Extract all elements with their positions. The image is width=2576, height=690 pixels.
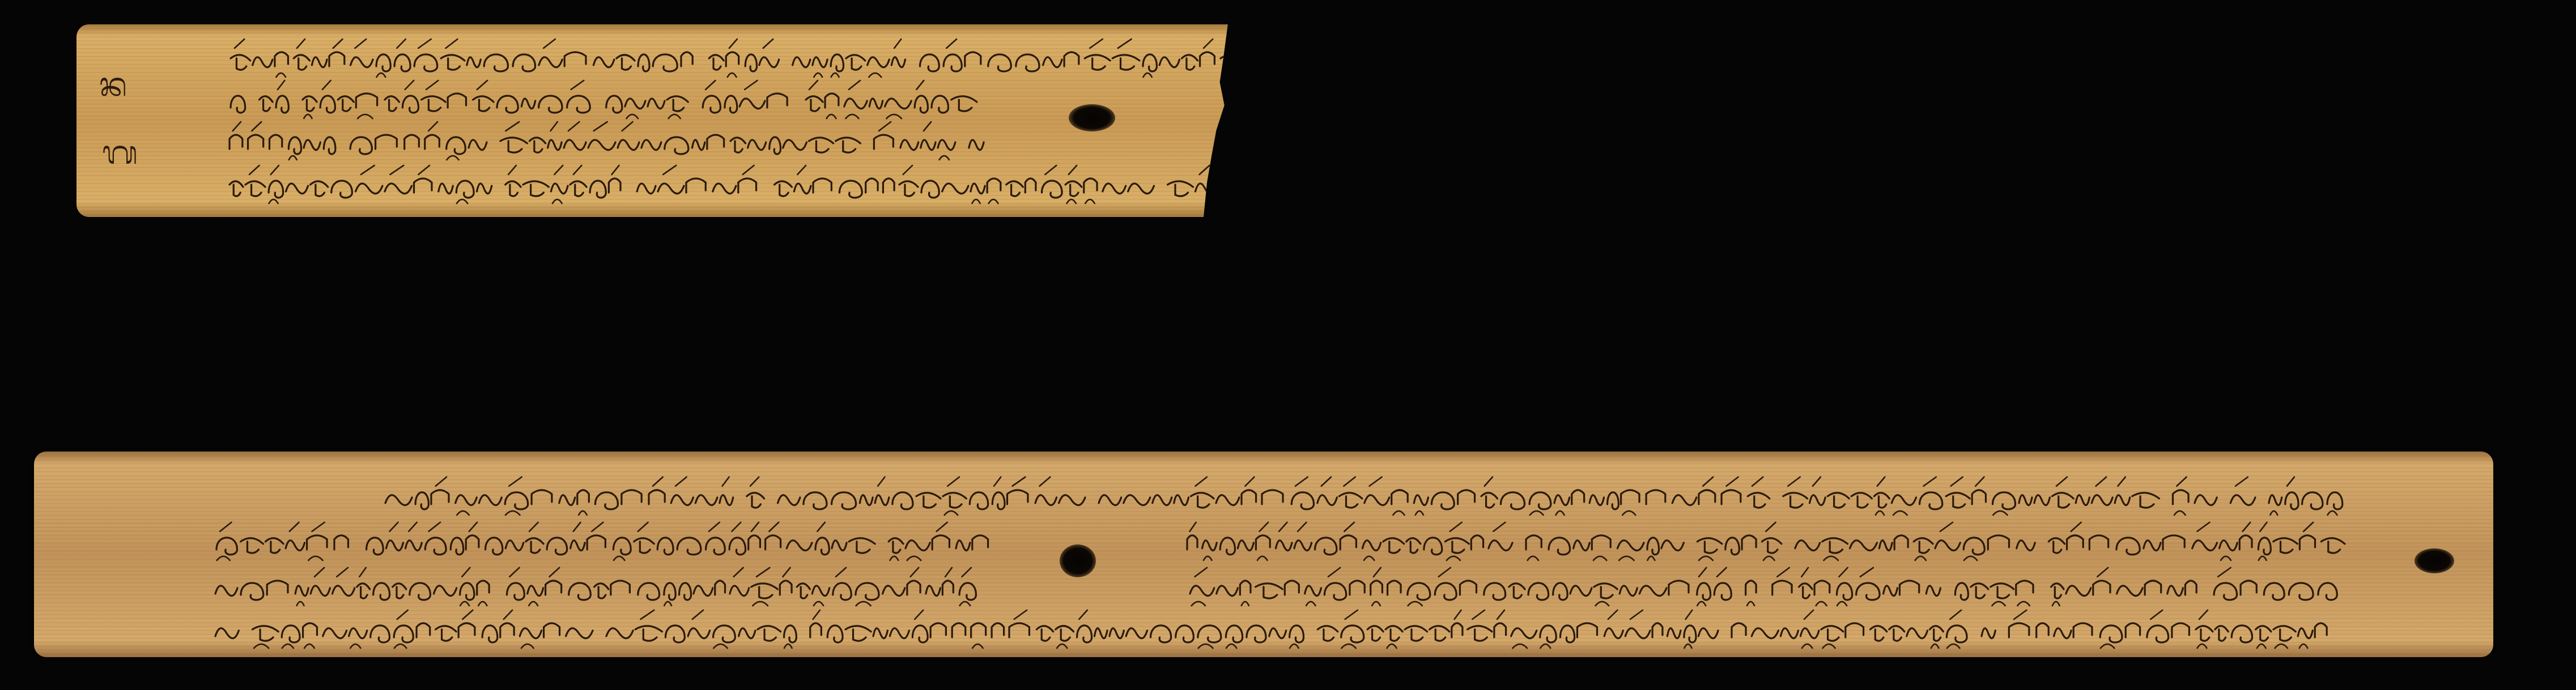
bottom-leaf xyxy=(34,452,2493,657)
handwritten-script-lines xyxy=(76,24,1232,217)
binding-hole xyxy=(2415,548,2454,573)
handwritten-script-lines xyxy=(34,452,2493,657)
binding-hole xyxy=(1060,544,1096,577)
margin-mark-folio-letter: ᬦ xyxy=(99,68,127,101)
top-leaf: ᬦᬕ xyxy=(76,24,1232,217)
margin-mark-folio-numeral: ᬕ xyxy=(102,136,138,169)
manuscript-photo: ᬦᬕ xyxy=(0,0,2576,690)
binding-hole xyxy=(1069,104,1115,131)
